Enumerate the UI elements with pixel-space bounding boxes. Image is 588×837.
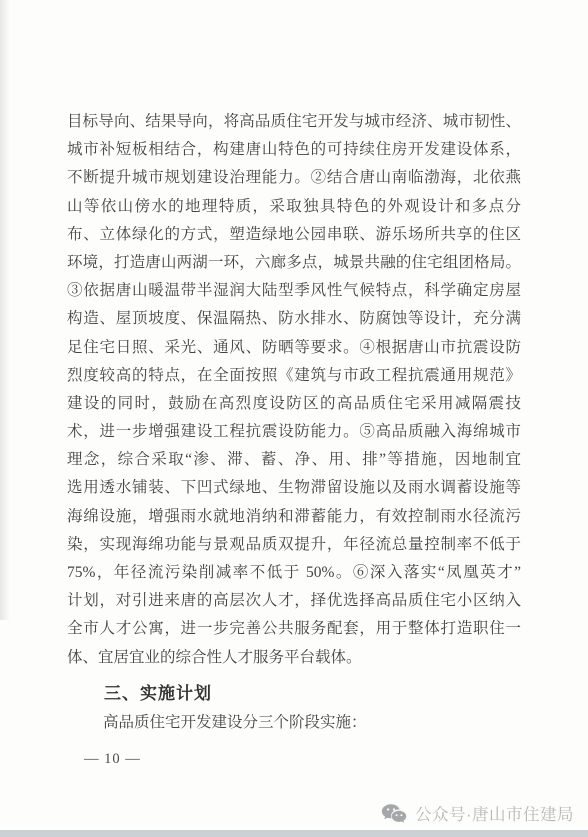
body-line: 烈度较高的特点，在全面按照《建筑与市政工程抗震通用规范》 — [67, 362, 521, 390]
body-line: 75%，年径流污染削减率不低于 50%。⑥深入落实“凤凰英才” — [67, 559, 521, 587]
body-line: ③依据唐山暖温带半湿润大陆型季风性气候特点，科学确定房屋 — [67, 277, 521, 305]
body-line: 城市补短板相结合，构建唐山特色的可持续住房开发建设体系， — [67, 136, 521, 164]
scan-edge-shade — [0, 0, 10, 620]
body-line: 染，实现海绵功能与景观品质双提升，年径流总量控制率不低于 — [67, 531, 521, 559]
body-line: 术，进一步增强建设工程抗震设防能力。⑤高品质融入海绵城市 — [67, 418, 521, 446]
page-number: — 10 — — [67, 749, 521, 769]
wechat-icon — [381, 803, 408, 824]
body-line: 计划，对引进来唐的高层次人才，择优选择高品质住宅小区纳入 — [67, 587, 521, 615]
body-line: 环境，打造唐山两湖一环，六廊多点，城景共融的住宅组团格局。 — [67, 249, 521, 277]
document-page: 目标导向、结果导向，将高品质住宅开发与城市经济、城市韧性、城市补短板相结合，构建… — [0, 0, 588, 837]
body-line: 不断提升城市规划建设治理能力。②结合唐山南临渤海，北依燕 — [67, 164, 521, 192]
body-line: 理念，综合采取“渗、滞、蓄、净、用、排”等措施，因地制宜 — [67, 446, 521, 474]
wechat-watermark-label: 公众号·唐山市住建局 — [415, 801, 574, 825]
section-intro: 高品质住宅开发建设分三个阶段实施： — [67, 709, 521, 737]
document-content: 目标导向、结果导向，将高品质住宅开发与城市经济、城市韧性、城市补短板相结合，构建… — [67, 108, 521, 769]
body-line: 山等依山傍水的地理特质，采取独具特色的外观设计和多点分 — [67, 193, 521, 221]
body-line: 体、宜居宜业的综合性人才服务平台载体。 — [67, 644, 521, 672]
section-heading: 三、实施计划 — [67, 679, 521, 709]
body-line: 构造、屋顶坡度、保温隔热、防水排水、防腐蚀等设计，充分满 — [67, 305, 521, 333]
body-line: 选用透水铺装、下凹式绿地、生物滞留设施以及雨水调蓄设施等 — [67, 474, 521, 502]
body-line: 足住宅日照、采光、通风、防晒等要求。④根据唐山市抗震设防 — [67, 334, 521, 362]
body-line: 布、立体绿化的方式，塑造绿地公园串联、游乐场所共享的住区 — [67, 221, 521, 249]
body-line: 建设的同时，鼓励在高烈度设防区的高品质住宅采用减隔震技 — [67, 390, 521, 418]
body-line: 海绵设施，增强雨水就地消纳和滞蓄能力，有效控制雨水径流污 — [67, 503, 521, 531]
document-body: 目标导向、结果导向，将高品质住宅开发与城市经济、城市韧性、城市补短板相结合，构建… — [67, 108, 521, 672]
body-line: 全市人才公寓，进一步完善公共服务配套，用于整体打造职住一 — [67, 615, 521, 643]
bottom-edge-strip — [0, 830, 588, 837]
body-line: 目标导向、结果导向，将高品质住宅开发与城市经济、城市韧性、 — [67, 108, 521, 136]
wechat-watermark: 公众号·唐山市住建局 — [381, 800, 574, 826]
